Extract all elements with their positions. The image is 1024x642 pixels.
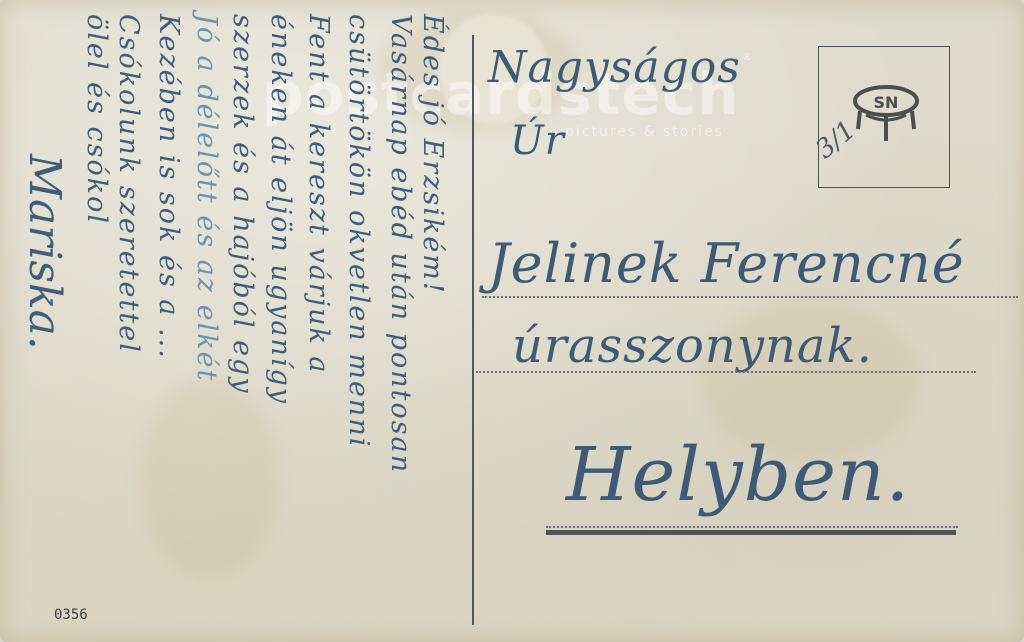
message-line: Csókolunk szeretettel: [113, 14, 144, 354]
signature: Mariska.: [19, 154, 70, 350]
message-line: Fent a kereszt várjuk a: [303, 14, 334, 375]
watermark-tagline: pictures & stories: [565, 124, 724, 140]
message-line: Jó a délelőtt és az elkét: [191, 14, 222, 383]
message-line: szerzek és a hajóból egy: [227, 14, 258, 395]
address-place: Helyben.: [566, 432, 910, 518]
address-occupation: úrasszonynak.: [512, 318, 873, 374]
sn-stool-logo-icon: SN: [852, 85, 920, 147]
message-line: éneken át eljön ugyanígy: [265, 14, 296, 405]
address-dotted-line: [476, 371, 976, 373]
watermark-registered: ®: [742, 50, 753, 63]
address-dotted-line: [546, 526, 958, 528]
address-title-line1: Nagyságos: [488, 42, 741, 93]
svg-text:SN: SN: [874, 93, 899, 112]
message-line: Vasárnap ebéd után pontosan: [385, 14, 416, 474]
card-number: 0356: [54, 607, 88, 623]
message-line: Édes jó Erzsikém!: [417, 14, 448, 295]
message-line: ölel és csókol: [81, 14, 112, 225]
message-line: csütörtökön okvetlen menni: [343, 14, 374, 448]
address-solid-line: [546, 530, 956, 535]
address-dotted-line: [482, 296, 1018, 298]
handwritten-message: Édes jó Erzsikém! Vasárnap ebéd után pon…: [8, 14, 470, 614]
stamp-box: SN 3/1: [818, 46, 950, 188]
postcard: postcardstech pictures & stories ® Édes …: [0, 0, 1024, 642]
address-name: Jelinek Ferencné: [488, 232, 965, 295]
message-line: Kezében is sok és a ...: [153, 14, 184, 360]
center-divider: [472, 35, 474, 625]
address-title-line2: Úr: [510, 118, 565, 164]
